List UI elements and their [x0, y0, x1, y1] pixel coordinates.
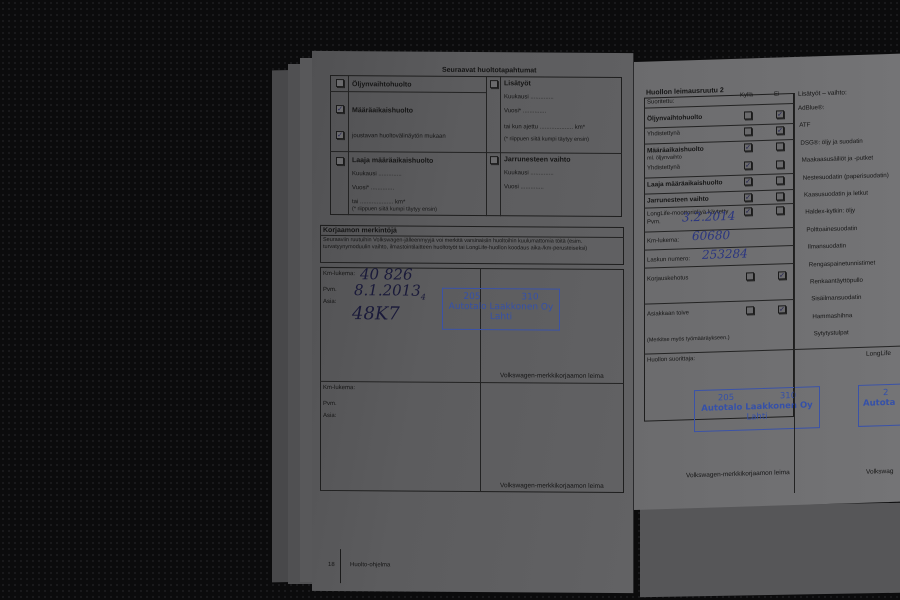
checkbox-yes[interactable] — [744, 111, 752, 119]
extended-km-prefix: tai .................... — [352, 199, 393, 205]
checkbox-yes[interactable]: ✓ — [744, 207, 752, 215]
additional-item: Rengaspainetunnistimet — [809, 259, 875, 268]
entry1-date: 8.1.2013 — [354, 281, 421, 299]
additional-item: Sytytystulpat — [814, 329, 849, 337]
divider — [486, 76, 487, 216]
stamp-name: Autotalo Laakkonen Oy — [443, 302, 559, 313]
header-yes: Kyllä — [740, 92, 753, 99]
checkbox-request-no[interactable]: ✓ — [778, 305, 786, 313]
additional-item: Renkaantäyttöpullo — [810, 277, 863, 286]
additional-km-prefix: tai kun ajettu .................... — [504, 124, 573, 130]
service-rows: Öljynvaihtohuolto✓Yhdistettynä✓Määräaika… — [634, 54, 900, 62]
additional-item: DSG®: öljy ja suodatin — [800, 138, 862, 147]
services-box — [330, 75, 622, 217]
workshop-stamp-1: 205310 Autotalo Laakkonen Oy Lahti — [442, 288, 560, 331]
checkbox-repair-yes[interactable] — [746, 272, 754, 280]
partial-caption: Volkswag — [866, 468, 893, 476]
checkbox-no[interactable] — [776, 160, 784, 168]
checkbox-yes[interactable] — [744, 127, 752, 135]
entry1-date-value: 8.1.20134 — [354, 281, 426, 302]
invoice-label: Laskun numero: — [647, 256, 690, 264]
page-number: 18 — [328, 562, 335, 569]
entry2-matter-label: Asia: — [323, 413, 336, 420]
longlife-label: LongLife — [866, 350, 891, 358]
entry2-km-label: Km-lukema: — [323, 385, 355, 392]
checkbox-additional-work[interactable] — [490, 80, 498, 88]
divider — [794, 93, 795, 493]
label-brake-fluid: Jarrunesteen vaihto — [504, 156, 571, 165]
entry1-stamp-caption: Volkswagen-merkkikorjaamon leima — [500, 372, 604, 380]
additional-item: Haldex-kytkin: öljy — [805, 207, 855, 216]
checkbox-interval-service[interactable]: ✓ — [336, 105, 344, 113]
additional-item: Hammashihna — [812, 312, 852, 320]
stamp-num1: 205 — [463, 292, 480, 302]
brake-year: Vuosi .............. — [504, 184, 544, 191]
checkbox-no[interactable] — [776, 206, 784, 214]
workshop-notes-title: Korjaamon merkintöjä — [323, 227, 397, 236]
additional-header: Lisätyöt – vaihto: — [798, 89, 847, 98]
checkbox-no[interactable]: ✓ — [776, 110, 784, 118]
checkbox-brake-fluid[interactable] — [490, 156, 498, 164]
stamp-city: Lahti — [443, 312, 559, 323]
extended-month: Kuukausi .............. — [352, 171, 402, 178]
entry2-date-label: Pvm. — [323, 401, 337, 408]
extended-note: (* riippuen siitä kumpi täytyy ensin) — [352, 206, 437, 213]
divider — [348, 75, 349, 215]
row-sublabel: ml. öljynvaihto — [647, 154, 682, 161]
additional-item: Kaasusuodatin ja letkut — [804, 190, 868, 199]
label-additional-work: Lisätyöt — [504, 80, 531, 88]
checkbox-yes[interactable]: ✓ — [744, 143, 752, 151]
invoice-value: 253284 — [702, 246, 748, 261]
additional-km: tai kun ajettu .................... km* — [504, 124, 585, 131]
additional-item: AdBlue®: — [798, 104, 824, 112]
checkbox-yes[interactable]: ✓ — [744, 193, 752, 201]
stamp-name: Autota — [863, 397, 900, 409]
entry1-date-suffix: 4 — [421, 293, 426, 302]
date-label: Pvm. — [647, 219, 661, 226]
footer-section: Huolto-ohjelma — [350, 562, 390, 569]
repair-suggestion-label: Korjauskehotus — [647, 275, 688, 283]
date-value: 3.2.2014 — [682, 209, 735, 225]
checkbox-no[interactable] — [776, 192, 784, 200]
checkbox-flexible-indicator[interactable]: ✓ — [336, 131, 344, 139]
entry1-matter-value: 48K7 — [352, 303, 400, 324]
checkbox-request-yes[interactable] — [746, 306, 754, 314]
label-flexible-indicator: joustavan huoltovälinäytön mukaan — [352, 133, 446, 141]
checkbox-no[interactable] — [776, 142, 784, 150]
additional-item: Sisäilmansuodatin — [811, 294, 861, 303]
km-value: 60680 — [692, 228, 730, 243]
extended-year: Vuosi* .............. — [352, 185, 394, 192]
additional-month: Kuukausi .............. — [504, 94, 554, 101]
additional-item: Ilmansuodatin — [808, 243, 847, 251]
header-no: Ei — [774, 91, 779, 98]
right-page: Huollon leimausruutu 2 Suoritettu: Kyllä… — [634, 54, 900, 510]
checkbox-yes[interactable]: ✓ — [744, 177, 752, 185]
entry1-km-label: Km-lukema: — [323, 271, 355, 278]
additional-year: Vuosi* .............. — [504, 108, 546, 115]
footer-divider — [340, 549, 341, 583]
checkbox-no[interactable]: ✓ — [776, 126, 784, 134]
checkbox-no[interactable] — [776, 176, 784, 184]
brake-month: Kuukausi .............. — [504, 170, 554, 177]
checkbox-extended-service[interactable] — [336, 157, 344, 165]
stamp-caption: Volkswagen-merkkikorjaamon leima — [686, 469, 790, 480]
additional-item: Nestesuodatin (paperisuodatin) — [803, 172, 889, 182]
label-oil-change: Öljynvaihtohuolto — [352, 81, 412, 89]
entry2-stamp-caption: Volkswagen-merkkikorjaamon leima — [500, 482, 604, 490]
checkbox-oil-change[interactable] — [336, 79, 344, 87]
label-extended-service: Laaja määräaikaishuolto — [352, 157, 433, 166]
header-performed: Suoritettu: — [647, 99, 674, 107]
row-label: Yhdistettynä — [647, 131, 680, 139]
additional-item: ATF — [799, 122, 810, 129]
entry1-matter-label: Asia: — [323, 299, 336, 306]
workshop-stamp-2: 205310 Autotalo Laakkonen Oy Lahti — [694, 386, 820, 432]
service-book: Seuraavat huoltotapahtumat Öljynvaihtohu… — [0, 0, 900, 600]
workshop-stamp-3-partial: 2 Autota — [858, 383, 900, 427]
checkbox-repair-no[interactable]: ✓ — [778, 271, 786, 279]
label-interval-service: Määräaikaishuolto — [352, 107, 413, 115]
divider — [500, 76, 501, 216]
customer-request-label: Asiakkaan toive — [647, 310, 689, 318]
stamp-num1: 205 — [718, 393, 734, 404]
workshop-notes-description: Seuraaviin ruutuihin Volkswagen-jälleenm… — [323, 237, 621, 253]
left-page: Seuraavat huoltotapahtumat Öljynvaihtohu… — [312, 51, 634, 593]
additional-note: (* riippuen siitä kumpi täytyy ensin) — [504, 136, 589, 143]
extended-km-suffix: km* — [395, 199, 405, 205]
checkbox-yes[interactable]: ✓ — [744, 161, 752, 169]
entry1-date-label: Pvm. — [323, 287, 337, 294]
additional-km-suffix: km* — [575, 125, 585, 131]
row-label: Yhdistettynä — [647, 165, 680, 173]
additional-item: Polttoainesuodatin — [806, 225, 857, 234]
stamp-num2: 310 — [521, 292, 538, 302]
additional-item: Maakaasusäiliöt ja -putket — [802, 155, 874, 164]
right-page-underside — [640, 503, 900, 598]
km-label: Km-lukema: — [647, 238, 679, 246]
additional-items: AdBlue®:ATFDSG®: öljy ja suodatinMaakaas… — [634, 54, 900, 62]
section-title: Seuraavat huoltotapahtumat — [442, 67, 537, 76]
